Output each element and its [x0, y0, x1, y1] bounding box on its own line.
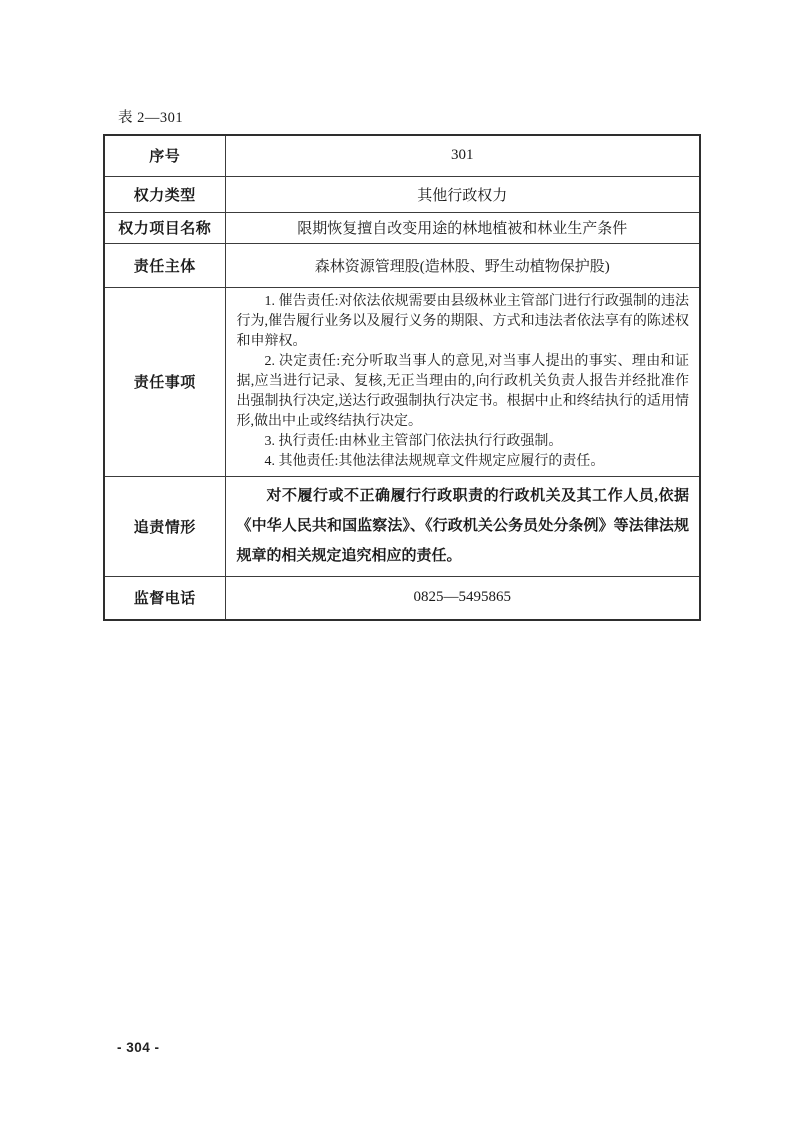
row-label-duty-items: 责任事项 — [104, 287, 225, 476]
row-label-supervision-phone: 监督电话 — [104, 576, 225, 620]
row-value-accountability: 对不履行或不正确履行行政职责的行政机关及其工作人员,依据《中华人民共和国监察法》… — [225, 476, 700, 576]
row-label-serial-number: 序号 — [104, 135, 225, 176]
power-item-table: 序号 301 权力类型 其他行政权力 权力项目名称 限期恢复擅自改变用途的林地植… — [103, 134, 701, 621]
row-label-power-type: 权力类型 — [104, 176, 225, 212]
duty-item-decide: 2. 决定责任:充分听取当事人的意见,对当事人提出的事实、理由和证据,应当进行记… — [237, 352, 690, 432]
row-label-responsible-body: 责任主体 — [104, 243, 225, 287]
row-label-power-item-name: 权力项目名称 — [104, 212, 225, 243]
table-caption: 表 2—301 — [118, 106, 701, 127]
row-label-accountability: 追责情形 — [104, 476, 225, 576]
row-value-duty-items: 1. 催告责任:对依法依规需要由县级林业主管部门进行行政强制的违法行为,催告履行… — [225, 287, 700, 476]
table-row-responsible-body: 责任主体 森林资源管理股(造林股、野生动植物保护股) — [104, 243, 700, 287]
duty-item-notify: 1. 催告责任:对依法依规需要由县级林业主管部门进行行政强制的违法行为,催告履行… — [237, 292, 690, 352]
row-value-power-item-name: 限期恢复擅自改变用途的林地植被和林业生产条件 — [225, 212, 700, 243]
row-value-supervision-phone: 0825—5495865 — [225, 576, 700, 620]
table-row-power-type: 权力类型 其他行政权力 — [104, 176, 700, 212]
table-row-power-item-name: 权力项目名称 限期恢复擅自改变用途的林地植被和林业生产条件 — [104, 212, 700, 243]
table-row-serial-number: 序号 301 — [104, 135, 700, 176]
document-content: 表 2—301 序号 301 权力类型 其他行政权力 权力项目名称 限期恢复擅自… — [103, 106, 701, 621]
duty-item-execute: 3. 执行责任:由林业主管部门依法执行行政强制。 — [237, 432, 690, 452]
row-value-serial-number: 301 — [225, 135, 700, 176]
accountability-text: 对不履行或不正确履行行政职责的行政机关及其工作人员,依据《中华人民共和国监察法》… — [237, 481, 690, 571]
table-row-duty-items: 责任事项 1. 催告责任:对依法依规需要由县级林业主管部门进行行政强制的违法行为… — [104, 287, 700, 476]
row-value-power-type: 其他行政权力 — [225, 176, 700, 212]
duty-item-other: 4. 其他责任:其他法律法规规章文件规定应履行的责任。 — [237, 452, 690, 472]
table-row-accountability: 追责情形 对不履行或不正确履行行政职责的行政机关及其工作人员,依据《中华人民共和… — [104, 476, 700, 576]
page-number: - 304 - — [117, 1040, 160, 1055]
row-value-responsible-body: 森林资源管理股(造林股、野生动植物保护股) — [225, 243, 700, 287]
document-page: 表 2—301 序号 301 权力类型 其他行政权力 权力项目名称 限期恢复擅自… — [0, 0, 793, 1122]
table-row-supervision-phone: 监督电话 0825—5495865 — [104, 576, 700, 620]
